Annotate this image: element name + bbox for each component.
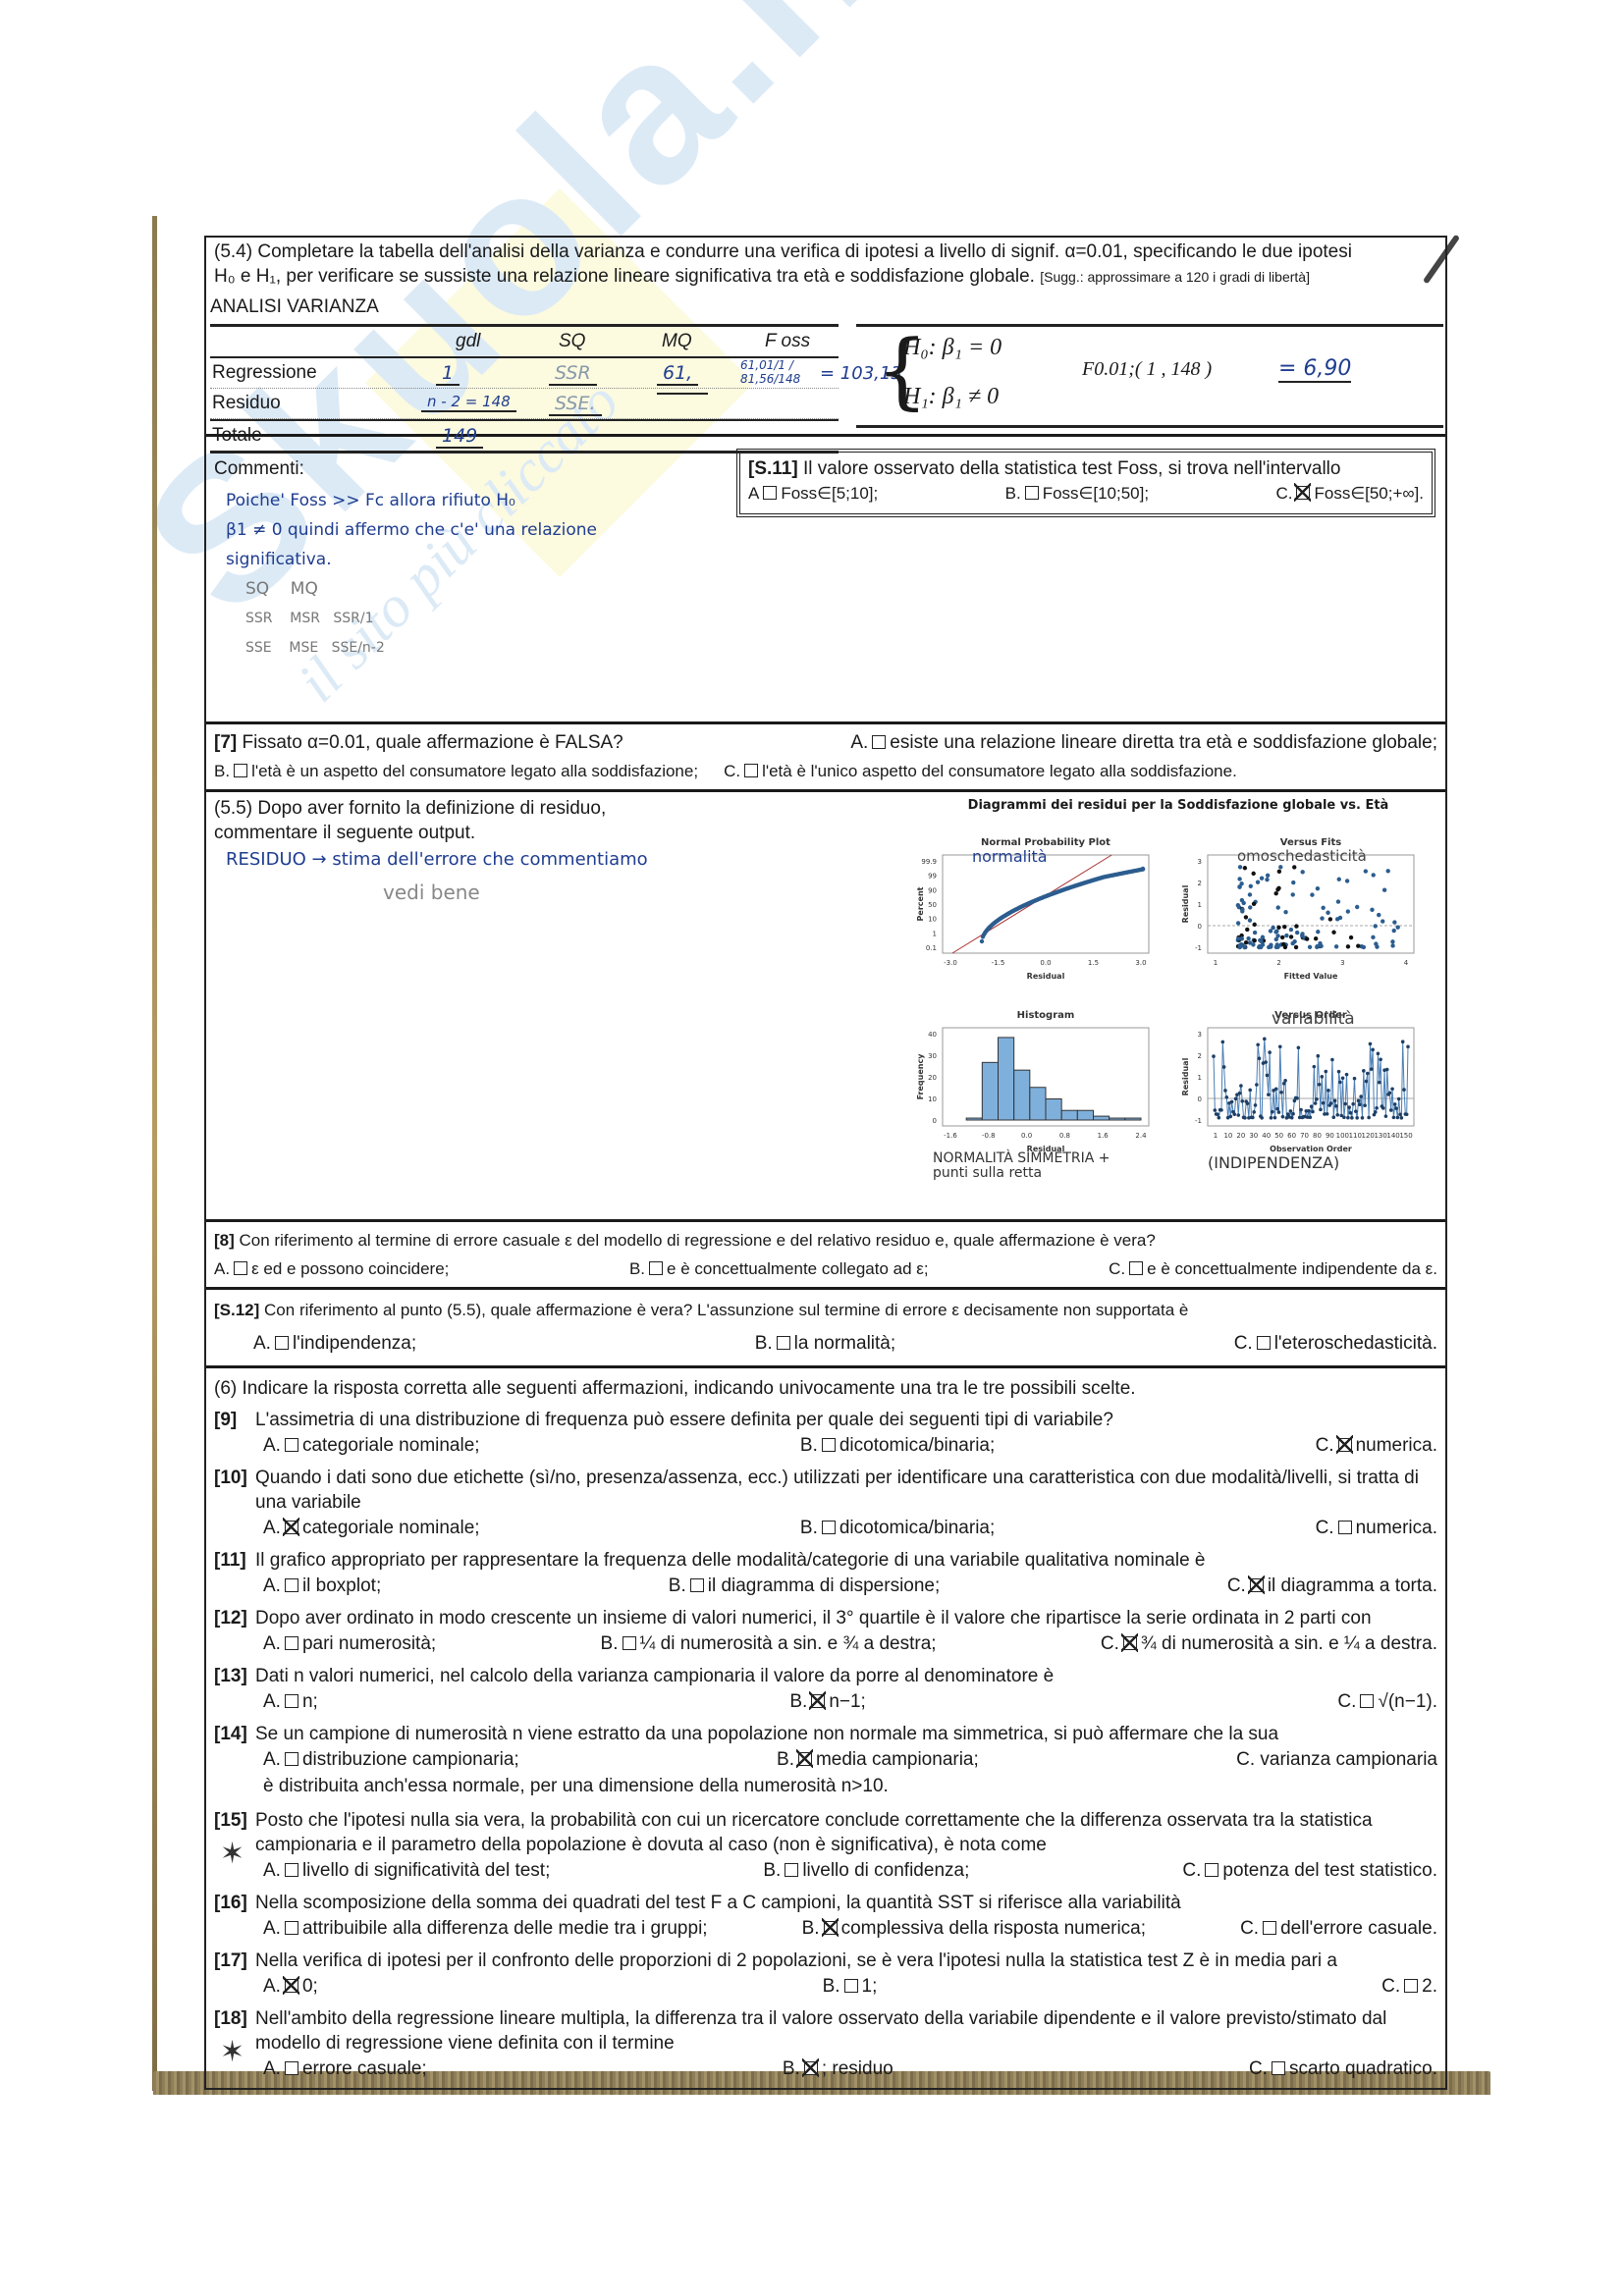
option-key: C. [1275,484,1292,503]
option-text: attribuibile alla differenza delle medie… [302,1918,708,1939]
comment-line: SSR MSR SSR/1 [226,604,597,633]
option-key: C. [1227,1575,1246,1596]
option-text: la normalità; [794,1333,896,1354]
option-key: C. [1316,1518,1334,1538]
option-text: n−1; [829,1691,866,1712]
option-b[interactable]: B.1; [823,1975,878,1999]
section-5-4: (5.4) Completare la tabella dell'analisi… [206,238,1445,437]
checked-checkbox-icon[interactable] [1123,1636,1137,1650]
question-number: [S.11] [748,458,798,479]
option-key: A. [263,1749,281,1770]
svg-text:90: 90 [1326,1132,1334,1140]
option-text: il diagramma di dispersione; [708,1575,941,1596]
option-c[interactable]: C.√(n−1). [1337,1690,1437,1714]
option-text: esiste una relazione lineare diretta tra… [890,732,1437,753]
option-key: A. [263,1633,281,1654]
svg-text:3: 3 [1198,1031,1202,1039]
residual-plots: Diagrammi dei residui per la Soddisfazio… [913,798,1443,1210]
question-number: [17] [214,1949,255,1973]
svg-text:Fitted Value: Fitted Value [1284,972,1338,981]
option-c[interactable]: C.il diagramma a torta. [1227,1575,1437,1598]
svg-text:2: 2 [1198,880,1202,887]
svg-text:Frequency: Frequency [916,1053,925,1100]
option-text: 1; [862,1976,878,1997]
option-text: n; [302,1691,318,1712]
svg-text:1.6: 1.6 [1098,1132,1110,1140]
question-number: [12] [214,1606,255,1630]
svg-text:1.5: 1.5 [1088,959,1099,967]
option-text: ¾ di numerosità a sin. e ¼ a destra. [1141,1633,1437,1654]
svg-text:1: 1 [1198,901,1202,909]
page-edge [152,216,157,2091]
svg-text:-3.0: -3.0 [944,959,957,967]
option-a[interactable]: A.livello di significatività del test; [263,1859,550,1883]
option-a[interactable]: A.l'indipendenza; [253,1332,416,1356]
checkbox-icon[interactable] [285,2061,298,2075]
gdl-value[interactable]: 1 [436,362,460,386]
option-key: C. [1182,1860,1201,1881]
option-text: √(n−1). [1378,1691,1437,1712]
checkbox-icon[interactable] [275,1336,289,1350]
svg-text:0.8: 0.8 [1059,1132,1070,1140]
svg-text:1: 1 [1214,959,1218,967]
annotation-histogram: NORMALITÀ SIMMETRIA + punti sulla retta [933,1151,1129,1181]
option-key: B. [763,1860,781,1881]
checkbox-icon[interactable] [1272,2061,1285,2075]
option-text: complessiva della risposta numerica; [841,1918,1146,1939]
checkbox-icon[interactable] [285,1578,298,1592]
section-6-intro: (6) Indicare la risposta corretta alle s… [206,1374,1445,1403]
question-number: [10] [214,1466,255,1515]
checked-checkbox-icon[interactable] [1250,1578,1264,1592]
option-text: Foss∈[5;10]; [781,484,878,503]
option-c[interactable]: C.scarto quadratico. [1249,2057,1437,2081]
sq-value[interactable]: SSR [549,362,597,386]
option-c[interactable]: C.e è concettualmente indipendente da ε. [1109,1256,1437,1281]
checkbox-icon[interactable] [777,1336,790,1350]
option-text: livello di significatività del test; [302,1860,550,1881]
question-number: [S.12] [214,1301,259,1319]
question-text: Il grafico appropriato per rappresentare… [255,1548,1437,1573]
option-a[interactable]: A.il boxplot; [263,1575,381,1598]
option-text: dell'errore casuale. [1280,1918,1437,1939]
option-b[interactable]: B.e è concettualmente collegato ad ε; [629,1256,929,1281]
question-text: Dopo aver ordinato in modo crescente un … [255,1606,1437,1630]
option-a[interactable]: A.categoriale nominale; [263,1517,480,1540]
checked-checkbox-icon[interactable] [1296,486,1310,500]
question-text: Dati n valori numerici, nel calcolo dell… [255,1664,1437,1688]
svg-text:2: 2 [1276,959,1280,967]
option-key: A. [263,1518,281,1538]
mq-value[interactable]: 61, [657,362,698,386]
option-a[interactable]: AFoss∈[5;10]; [748,484,878,504]
comment-line: β1 ≠ 0 quindi affermo che c'e' una relaz… [226,515,597,545]
svg-text:70: 70 [1300,1132,1309,1140]
checkbox-icon[interactable] [285,1438,298,1452]
option-key: B. [800,1518,818,1538]
svg-text:Percent: Percent [916,886,925,921]
annotation-normality: normalità [972,847,1048,866]
svg-text:0.0: 0.0 [1040,959,1051,967]
svg-text:50: 50 [928,901,937,909]
section-5-5: (5.5) Dopo aver fornito la definizione d… [206,792,1445,1222]
question-item: [12]Dopo aver ordinato in modo crescente… [206,1601,1445,1659]
option-c[interactable]: C.potenza del test statistico. [1182,1859,1437,1883]
option-text: l'eteroschedasticità. [1274,1333,1437,1354]
svg-text:0: 0 [1198,1095,1202,1103]
star-icon: ✶ [220,2035,244,2069]
handwritten-residuo[interactable]: RESIDUO → stima dell'errore che commenti… [226,849,648,870]
option-key: A. [263,1860,281,1881]
checked-checkbox-icon[interactable] [811,1694,825,1708]
svg-text:-1.5: -1.5 [992,959,1005,967]
question-number: [14] [214,1722,255,1746]
question-item: [9]L'assimetria di una distribuzione di … [206,1403,1445,1461]
option-c[interactable]: C.numerica. [1316,1434,1437,1458]
option-key: B. [777,1749,794,1770]
checkbox-icon[interactable] [285,1752,298,1766]
option-key: C. [1101,1633,1119,1654]
annotation-homoscedasticity: omoschedasticità [1237,847,1367,865]
checkbox-icon[interactable] [1025,486,1039,500]
checkbox-icon[interactable] [1205,1863,1218,1877]
option-key: A. [263,1691,281,1712]
anova-header-row: gdl SQ MQ F oss [210,324,839,358]
handwritten-note: vedi bene [383,881,480,904]
option-a[interactable]: A.distribuzione campionaria; [263,1748,519,1772]
option-text: e è concettualmente indipendente da ε. [1147,1259,1437,1278]
option-text: Foss∈[10;50]; [1043,484,1149,503]
svg-text:2.4: 2.4 [1135,1132,1147,1140]
svg-text:130: 130 [1374,1132,1386,1140]
question-text: Nell'ambito della regressione lineare mu… [255,2006,1437,2056]
option-text: scarto quadratico. [1289,2058,1437,2079]
option-key: A. [263,1976,281,1997]
checkbox-icon[interactable] [234,764,247,777]
col-gdl: gdl [456,331,480,352]
checkbox-icon[interactable] [649,1261,663,1275]
option-c[interactable]: C.l'eteroschedasticità. [1234,1332,1437,1356]
checked-checkbox-icon[interactable] [1338,1438,1352,1452]
svg-text:110: 110 [1349,1132,1362,1140]
option-b[interactable]: B.media campionaria; [777,1748,979,1772]
option-c[interactable]: C.l'età è l'unico aspetto del consumator… [724,759,1237,783]
checkbox-icon[interactable] [785,1863,798,1877]
checkbox-icon[interactable] [1263,1921,1276,1935]
checkbox-icon[interactable] [822,1438,836,1452]
annotation-independence: (INDIPENDENZA) [1208,1153,1339,1172]
question-text: Nella scomposizione della somma dei quad… [255,1891,1437,1915]
option-key: A. [214,1259,230,1278]
sq-value[interactable]: SSE. [549,393,602,416]
option-text: il boxplot; [302,1575,381,1596]
checkbox-icon[interactable] [822,1521,836,1534]
anova-table: gdl SQ MQ F oss Regressione 1 SSR 61, 61… [210,324,839,454]
option-key: A. [253,1333,271,1354]
svg-text:50: 50 [1274,1132,1283,1140]
option-text: categoriale nominale; [302,1518,480,1538]
question-text: Con riferimento al termine di errore cas… [240,1231,1156,1250]
option-key: C. [1234,1333,1253,1354]
option-text: pari numerosità; [302,1633,436,1654]
option-text: categoriale nominale; [302,1435,480,1456]
option-a[interactable]: A.esiste una relazione lineare diretta t… [850,730,1437,755]
checkbox-icon[interactable] [234,1261,247,1275]
question-text: L'assimetria di una distribuzione di fre… [255,1408,1437,1432]
hint: [Sugg.: approssimare a 120 i gradi di li… [1040,269,1310,285]
question-text: Il valore osservato della statistica tes… [803,458,1340,479]
option-b[interactable]: B.l'età è un aspetto del consumatore leg… [214,759,698,783]
option-c[interactable]: C.numerica. [1316,1517,1437,1540]
svg-text:150: 150 [1399,1132,1412,1140]
question-number: [7] [214,732,237,753]
option-key: C. [1240,1918,1259,1939]
checkbox-icon[interactable] [285,1863,298,1877]
option-b[interactable]: B.la normalità; [755,1332,895,1356]
option-key: B. [800,1435,818,1456]
option-text: dicotomica/binaria; [839,1435,995,1456]
option-key: B. [669,1575,686,1596]
option-text: l'età è l'unico aspetto del consumatore … [762,762,1237,780]
h0: H₀: β₁ = 0 [903,335,1001,361]
option-text: ε ed e possono coincidere; [251,1259,449,1278]
question-s11: [S.11] Il valore osservato della statist… [736,449,1435,517]
svg-text:3: 3 [1198,858,1202,866]
option-b[interactable]: B.dicotomica/binaria; [800,1434,995,1458]
comment-line: Poiche' Foss >> Fc allora rifiuto H₀ [226,486,597,515]
row-label: Residuo [212,393,281,414]
prompt-line-1: (5.4) Completare la tabella dell'analisi… [214,240,1437,264]
checkbox-icon[interactable] [1404,1979,1418,1993]
option-text: dicotomica/binaria; [839,1518,995,1538]
svg-text:100: 100 [1336,1132,1349,1140]
mq-value[interactable] [657,393,708,395]
checked-checkbox-icon[interactable] [285,1521,298,1534]
checked-checkbox-icon[interactable] [824,1921,838,1935]
question-text: Fissato α=0.01, quale affermazione è FAL… [243,732,623,753]
checkbox-icon[interactable] [872,735,886,749]
svg-text:30: 30 [928,1052,937,1060]
svg-text:-0.8: -0.8 [982,1132,996,1140]
svg-text:20: 20 [928,1074,937,1082]
option-key: A. [263,2058,281,2079]
svg-text:Observation Order: Observation Order [1270,1145,1352,1153]
checkbox-icon[interactable] [1129,1261,1143,1275]
anova-row-regressione: Regressione 1 SSR 61, 61,01/1 / 81,56/14… [210,358,839,389]
svg-text:60: 60 [1287,1132,1296,1140]
question-text: Quando i dati sono due etichette (sì/no,… [255,1466,1437,1515]
option-key: B. [802,1918,820,1939]
comment-line: SSE MSE SSE/n-2 [226,633,597,663]
question-text: Posto che l'ipotesi nulla sia vera, la p… [255,1808,1437,1857]
option-key: C. [1381,1976,1400,1997]
svg-text:140: 140 [1386,1132,1399,1140]
checked-checkbox-icon[interactable] [285,1979,298,1993]
svg-text:3.0: 3.0 [1135,959,1146,967]
comment-line: significativa. [226,545,597,574]
option-key: B. [214,762,230,780]
option-a[interactable]: A.attribuibile alla differenza delle med… [263,1917,708,1941]
checkbox-icon[interactable] [285,1921,298,1935]
section-6: (6) Indicare la risposta corretta alle s… [206,1368,1445,2088]
option-key: B. [601,1633,619,1654]
checkbox-icon[interactable] [623,1636,636,1650]
option-b[interactable]: B.¼ di numerosità a sin. e ¾ a destra; [601,1632,937,1656]
question-item: [16]Nella scomposizione della somma dei … [206,1886,1445,1944]
option-text: numerica. [1356,1435,1437,1456]
question-item: [11]Il grafico appropriato per rappresen… [206,1543,1445,1601]
option-key: A. [263,1575,281,1596]
svg-text:120: 120 [1362,1132,1375,1140]
option-text: numerica. [1356,1518,1437,1538]
option-a[interactable]: A.pari numerosità; [263,1632,436,1656]
option-c[interactable]: C.¾ di numerosità a sin. e ¼ a destra. [1101,1632,1437,1656]
question-tail: è distribuita anch'essa normale, per una… [206,1772,1445,1800]
option-c[interactable]: C. varianza campionaria [1236,1748,1437,1772]
option-key: A. [850,732,868,753]
svg-text:-1: -1 [1195,944,1202,952]
plots-title: Diagrammi dei residui per la Soddisfazio… [913,798,1443,813]
checkbox-icon[interactable] [1257,1336,1271,1350]
svg-text:-1: -1 [1195,1117,1202,1125]
question-number: [13] [214,1664,255,1688]
checkbox-icon[interactable] [285,1694,298,1708]
question-text: Con riferimento al punto (5.5), quale af… [264,1301,1188,1319]
question-item: [18]Nell'ambito della regressione linear… [206,2002,1445,2084]
option-b[interactable]: B.complessiva della risposta numerica; [802,1917,1146,1941]
checkbox-icon[interactable] [1338,1521,1352,1534]
row-label: Regressione [212,362,317,384]
comments-section: Commenti: Poiche' Foss >> Fc allora rifi… [206,437,1445,724]
svg-text:4: 4 [1404,959,1409,967]
comments-handwritten[interactable]: Poiche' Foss >> Fc allora rifiuto H₀ β1 … [226,486,597,663]
f-critical-value[interactable]: = 6,90 [1278,356,1351,383]
option-a[interactable]: A.n; [263,1690,318,1714]
option-b[interactable]: B.il diagramma di dispersione; [669,1575,941,1598]
option-text: distribuzione campionaria; [302,1749,519,1770]
question-text: Se un campione di numerosità n viene est… [255,1722,1437,1746]
svg-text:20: 20 [1236,1132,1245,1140]
question-list: [9]L'assimetria di una distribuzione di … [206,1403,1445,2084]
option-key: B. [789,1691,807,1712]
checkbox-icon[interactable] [1360,1694,1374,1708]
option-b[interactable]: B.dicotomica/binaria; [800,1517,995,1540]
prompt-line-2: H₀ e H₁, per verificare se sussiste una … [214,266,1035,287]
question-8: [8] Con riferimento al termine di errore… [206,1222,1445,1290]
gdl-value[interactable]: n - 2 = 148 [421,393,516,412]
option-a[interactable]: A.ε ed e possono coincidere; [214,1256,449,1281]
option-key: C. [1236,1749,1255,1770]
option-c[interactable]: C.2. [1381,1975,1437,1999]
option-a[interactable]: A.0; [263,1975,318,1999]
option-text: varianza campionaria [1260,1749,1437,1770]
option-text: ; residuo [822,2058,893,2079]
svg-text:0: 0 [1198,923,1202,931]
svg-text:99.9: 99.9 [921,858,937,866]
checkbox-icon[interactable] [844,1979,858,1993]
option-key: C. [724,762,740,780]
option-key: C. [1337,1691,1356,1712]
checkbox-icon[interactable] [690,1578,704,1592]
option-b[interactable]: B.; residuo [783,2057,893,2081]
option-key: C. [1109,1259,1125,1278]
option-b[interactable]: B.n−1; [789,1690,865,1714]
option-key: C. [1249,2058,1268,2079]
question-item: [10]Quando i dati sono due etichette (sì… [206,1461,1445,1543]
anova-title: ANALISI VARIANZA [210,296,379,318]
question-item: [17]Nella verifica di ipotesi per il con… [206,1944,1445,2002]
question-7: [7] Fissato α=0.01, quale affermazione è… [206,724,1445,792]
option-c[interactable]: C.dell'errore casuale. [1240,1917,1437,1941]
option-key: B. [823,1976,840,1997]
question-number: [9] [214,1408,255,1432]
h1: H₁: β₁ ≠ 0 [903,384,999,410]
svg-text:99: 99 [928,873,937,881]
svg-text:Residual: Residual [1181,884,1190,923]
comment-line: SQ MQ [226,574,597,604]
star-icon: ✶ [220,1837,244,1871]
question-number: [8] [214,1231,235,1250]
col-foss: F oss [765,331,810,352]
question-text: Nella verifica di ipotesi per il confron… [255,1949,1437,1973]
option-text: il diagramma a torta. [1268,1575,1437,1596]
svg-text:Histogram: Histogram [1017,1010,1075,1021]
option-key: B. [783,2058,800,2079]
option-text: errore casuale; [302,2058,427,2079]
f-critical-label: F0.01;( 1 , 148 ) [1082,358,1212,381]
option-a[interactable]: A.categoriale nominale; [263,1434,480,1458]
svg-text:1: 1 [1198,1074,1202,1082]
option-b[interactable]: B.livello di confidenza; [763,1859,969,1883]
option-b[interactable]: B.Foss∈[10;50]; [1005,484,1149,504]
col-sq: SQ [559,331,585,352]
option-text: l'età è un aspetto del consumatore legat… [251,762,698,780]
svg-text:80: 80 [1313,1132,1322,1140]
svg-text:0.1: 0.1 [926,944,937,952]
svg-text:0.0: 0.0 [1021,1132,1032,1140]
question-number: [11] [214,1548,255,1573]
col-mq: MQ [662,331,692,352]
question-item: [13]Dati n valori numerici, nel calcolo … [206,1659,1445,1717]
option-key: B. [755,1333,773,1354]
svg-text:10: 10 [1223,1132,1232,1140]
checkbox-icon[interactable] [285,1636,298,1650]
svg-text:0: 0 [933,1117,937,1125]
svg-text:1: 1 [1214,1132,1218,1140]
checkbox-icon[interactable] [763,486,777,500]
option-key: B. [1005,484,1021,503]
svg-text:Residual: Residual [1181,1057,1190,1095]
option-text: Foss∈[50;+∞]. [1314,484,1424,503]
svg-text:40: 40 [928,1031,937,1039]
option-c[interactable]: C.Foss∈[50;+∞]. [1275,484,1424,504]
option-key: A. [263,1435,281,1456]
svg-text:-1.6: -1.6 [944,1132,957,1140]
option-text: l'indipendenza; [293,1333,416,1354]
checkbox-icon[interactable] [744,764,758,777]
option-a[interactable]: A.errore casuale; [263,2057,427,2081]
option-text: livello di confidenza; [802,1860,969,1881]
svg-text:10: 10 [928,1095,937,1103]
checked-checkbox-icon[interactable] [804,2061,818,2075]
option-text: media campionaria; [816,1749,979,1770]
question-s12: [S.12] Con riferimento al punto (5.5), q… [206,1290,1445,1368]
prompt-5-4: (5.4) Completare la tabella dell'analisi… [206,238,1445,292]
checked-checkbox-icon[interactable] [798,1752,812,1766]
anova-row-residuo: Residuo n - 2 = 148 SSE. [210,389,839,419]
option-key: B. [629,1259,645,1278]
option-text: ¼ di numerosità a sin. e ¾ a destra; [640,1633,937,1654]
